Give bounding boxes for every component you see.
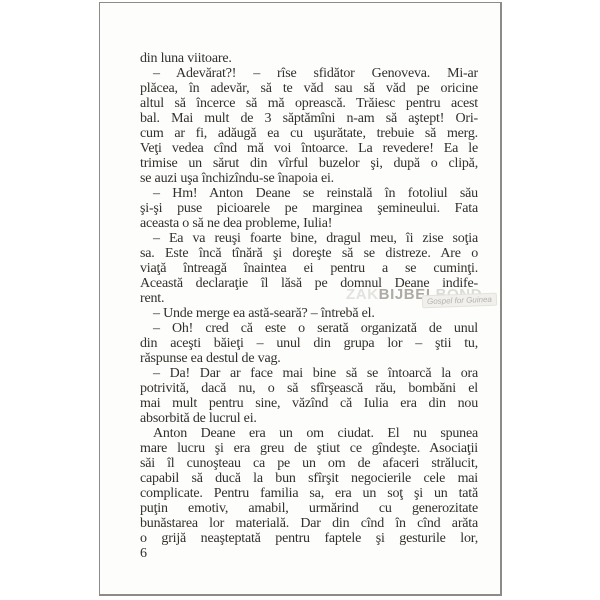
text-line: capabil să ducă la bun sfîrşit negocieri… (140, 471, 478, 486)
text-line: potrivită, dacă nu, o să sfîrşească rău,… (140, 381, 478, 396)
page-number: 6 (140, 546, 478, 561)
text-line: săi îl cunoşteau ca pe un om de afaceri … (140, 456, 478, 471)
text-line: cum ar fi, adăugă ea cu uşurătate, trebu… (140, 126, 478, 141)
text-line: sa. Este încă tînără şi doreşte să se di… (140, 246, 478, 261)
text-line: plăcea, în adevăr, să te văd sau să văd … (140, 81, 478, 96)
text-line: complicate. Pentru familia sa, era un so… (140, 486, 478, 501)
text-line: – Adevărat?! – rîse sfidător Genoveva. M… (140, 66, 478, 81)
text-line: altul să încerce să mă oprească. Trăiesc… (140, 96, 478, 111)
text-line: din aceşti băieţi – unul din grupa lor –… (140, 336, 478, 351)
text-line: mai mult pentru sine, văzînd că Iulia er… (140, 396, 478, 411)
text-line: rent. (140, 291, 478, 306)
text-line: absorbită de lucrul ei. (140, 411, 478, 426)
text-line: – Da! Dar ar face mai bine să se întoarc… (140, 366, 478, 381)
text-line: o grijă neaşteptată pentru faptele şi ge… (140, 531, 478, 546)
text-line: şi-şi puse picioarele pe marginea şemine… (140, 201, 478, 216)
text-line: mare lucru şi era greu de ştiut ce gînde… (140, 441, 478, 456)
text-line: Veţi vedea cînd mă voi întoarce. La reve… (140, 141, 478, 156)
text-line: se auzi uşa închizîndu-se înapoia ei. (140, 171, 478, 186)
text-line: din luna viitoare. (140, 51, 478, 66)
text-line: – Hm! Anton Deane se reinstală în fotoli… (140, 186, 478, 201)
text-line: aceasta o să ne dea probleme, Iulia! (140, 216, 478, 231)
text-line: bal. Mai mult de 3 săptămîni n-am să aşt… (140, 111, 478, 126)
text-line: viaţă întreagă înaintea ei pentru a se c… (140, 261, 478, 276)
scan-canvas: ZAKBIJBELBOND Gospel for Guinea din luna… (0, 0, 600, 600)
text-line: trimise un sărut din vîrful buzelor şi, … (140, 156, 478, 171)
book-page: ZAKBIJBELBOND Gospel for Guinea din luna… (99, 2, 502, 596)
text-line: Anton Deane era un om ciudat. El nu spun… (140, 426, 478, 441)
text-line: – Oh! cred că este o serată organizată d… (140, 321, 478, 336)
text-line: bunăstarea lor materială. Dar din cînd î… (140, 516, 478, 531)
text-line: – Unde merge ea astă-seară? – întrebă el… (140, 306, 478, 321)
text-line: răspunse ea destul de vag. (140, 351, 478, 366)
text-line: puţin emotiv, amabil, urmărind cu genero… (140, 501, 478, 516)
text-line: – Ea va reuşi foarte bine, dragul meu, î… (140, 231, 478, 246)
text-lines: din luna viitoare.– Adevărat?! – rîse sf… (140, 51, 478, 546)
body-text-block: din luna viitoare.– Adevărat?! – rîse sf… (140, 51, 478, 561)
text-line: Această declaraţie îl lăsă pe domnul Dea… (140, 276, 478, 291)
